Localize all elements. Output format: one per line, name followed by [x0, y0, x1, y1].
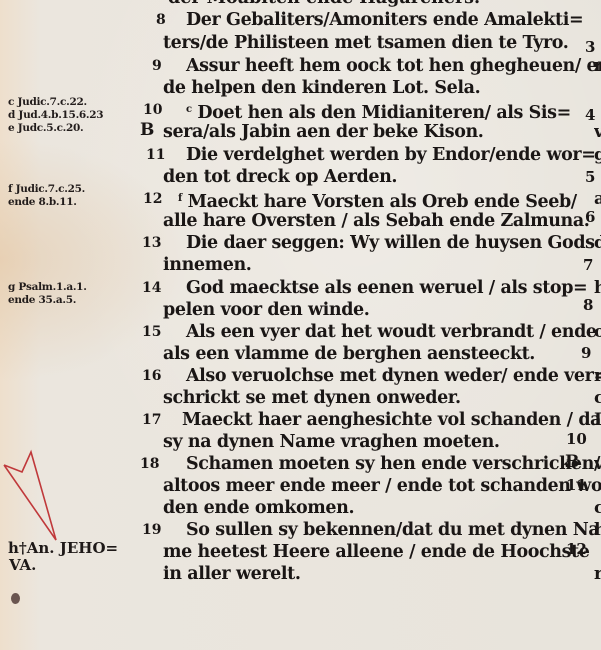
edge-letter: d	[594, 233, 601, 253]
edge-letter: o	[594, 322, 601, 342]
punch-hole	[11, 593, 20, 604]
edge-letter: h	[594, 520, 601, 540]
right-verse-number: 3	[585, 38, 595, 56]
edge-letter: g	[594, 145, 601, 165]
right-verse-number: 6	[585, 208, 595, 226]
edge-letter: v	[594, 454, 601, 474]
edge-letter: a	[594, 189, 601, 209]
edge-letter: v	[594, 122, 601, 142]
edge-letter: r	[594, 564, 601, 584]
edge-letter: r	[594, 366, 601, 386]
right-verse-number: 7	[583, 256, 593, 274]
right-verse-number: 5	[585, 168, 595, 186]
bible-page-photo: der Moabiten ende Hagareners. 8 Der Geba…	[0, 0, 601, 650]
section-mark-right: B	[565, 452, 579, 472]
red-arrow-annotation	[0, 0, 601, 650]
right-verse-number: 8	[583, 296, 593, 314]
right-verse-number: 12	[566, 540, 587, 558]
right-verse-number: 11	[566, 476, 587, 494]
right-verse-number: 10	[566, 430, 587, 448]
edge-letter: h	[594, 278, 601, 298]
edge-letter: c	[594, 388, 601, 408]
edge-letter: c	[594, 498, 601, 518]
edge-letter: D	[594, 410, 601, 430]
edge-letter: r	[594, 56, 601, 76]
right-verse-number: 9	[581, 344, 591, 362]
